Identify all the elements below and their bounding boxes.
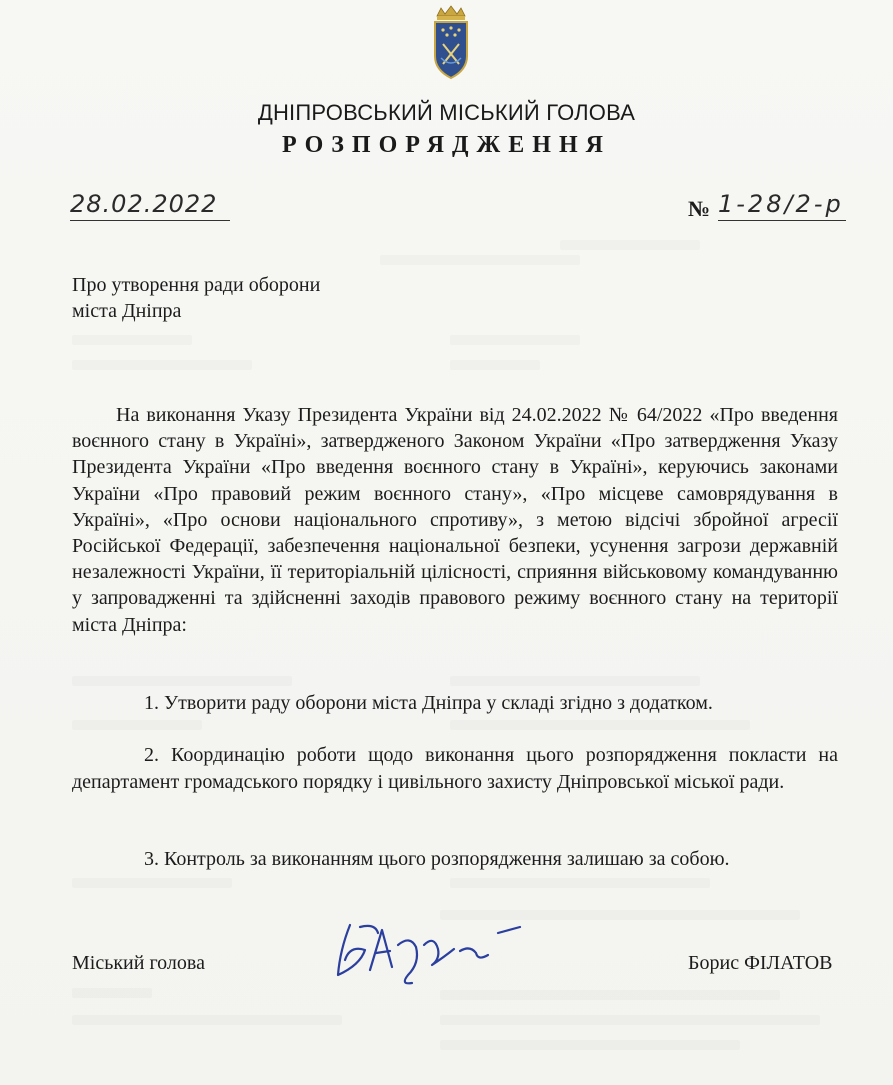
document-number: 1-28/2-р	[718, 190, 846, 221]
document-subject: Про утворення ради оборони міста Дніпра	[72, 272, 320, 324]
number-label: №	[688, 196, 710, 222]
signatory-position: Міський голова	[72, 952, 205, 975]
subject-line-2: міста Дніпра	[72, 298, 320, 324]
order-item-1: 1. Утворити раду оборони міста Дніпра у …	[72, 690, 838, 717]
order-item-1-text: 1. Утворити раду оборони міста Дніпра у …	[72, 690, 838, 717]
order-item-2: 2. Координацію роботи щодо виконання цьо…	[72, 742, 838, 795]
preamble: На виконання Указу Президента України ві…	[72, 402, 838, 638]
order-item-2-text: 2. Координацію роботи щодо виконання цьо…	[72, 742, 838, 795]
subject-line-1: Про утворення ради оборони	[72, 272, 320, 298]
order-item-3-text: 3. Контроль за виконанням цього розпоряд…	[72, 846, 838, 873]
document-page: ДНІПРОВСЬКИЙ МІСЬКИЙ ГОЛОВА РОЗПОРЯДЖЕНН…	[0, 0, 893, 1085]
handwritten-signature-icon	[320, 905, 530, 995]
preamble-text: На виконання Указу Президента України ві…	[72, 402, 838, 638]
document-date: 28.02.2022	[70, 190, 230, 221]
order-item-3: 3. Контроль за виконанням цього розпоряд…	[72, 846, 838, 873]
document-type-title: РОЗПОРЯДЖЕННЯ	[0, 132, 893, 159]
signatory-name: Борис ФІЛАТОВ	[688, 952, 833, 975]
dnipro-coat-of-arms-icon	[431, 4, 471, 82]
issuer-title: ДНІПРОВСЬКИЙ МІСЬКИЙ ГОЛОВА	[0, 100, 893, 126]
